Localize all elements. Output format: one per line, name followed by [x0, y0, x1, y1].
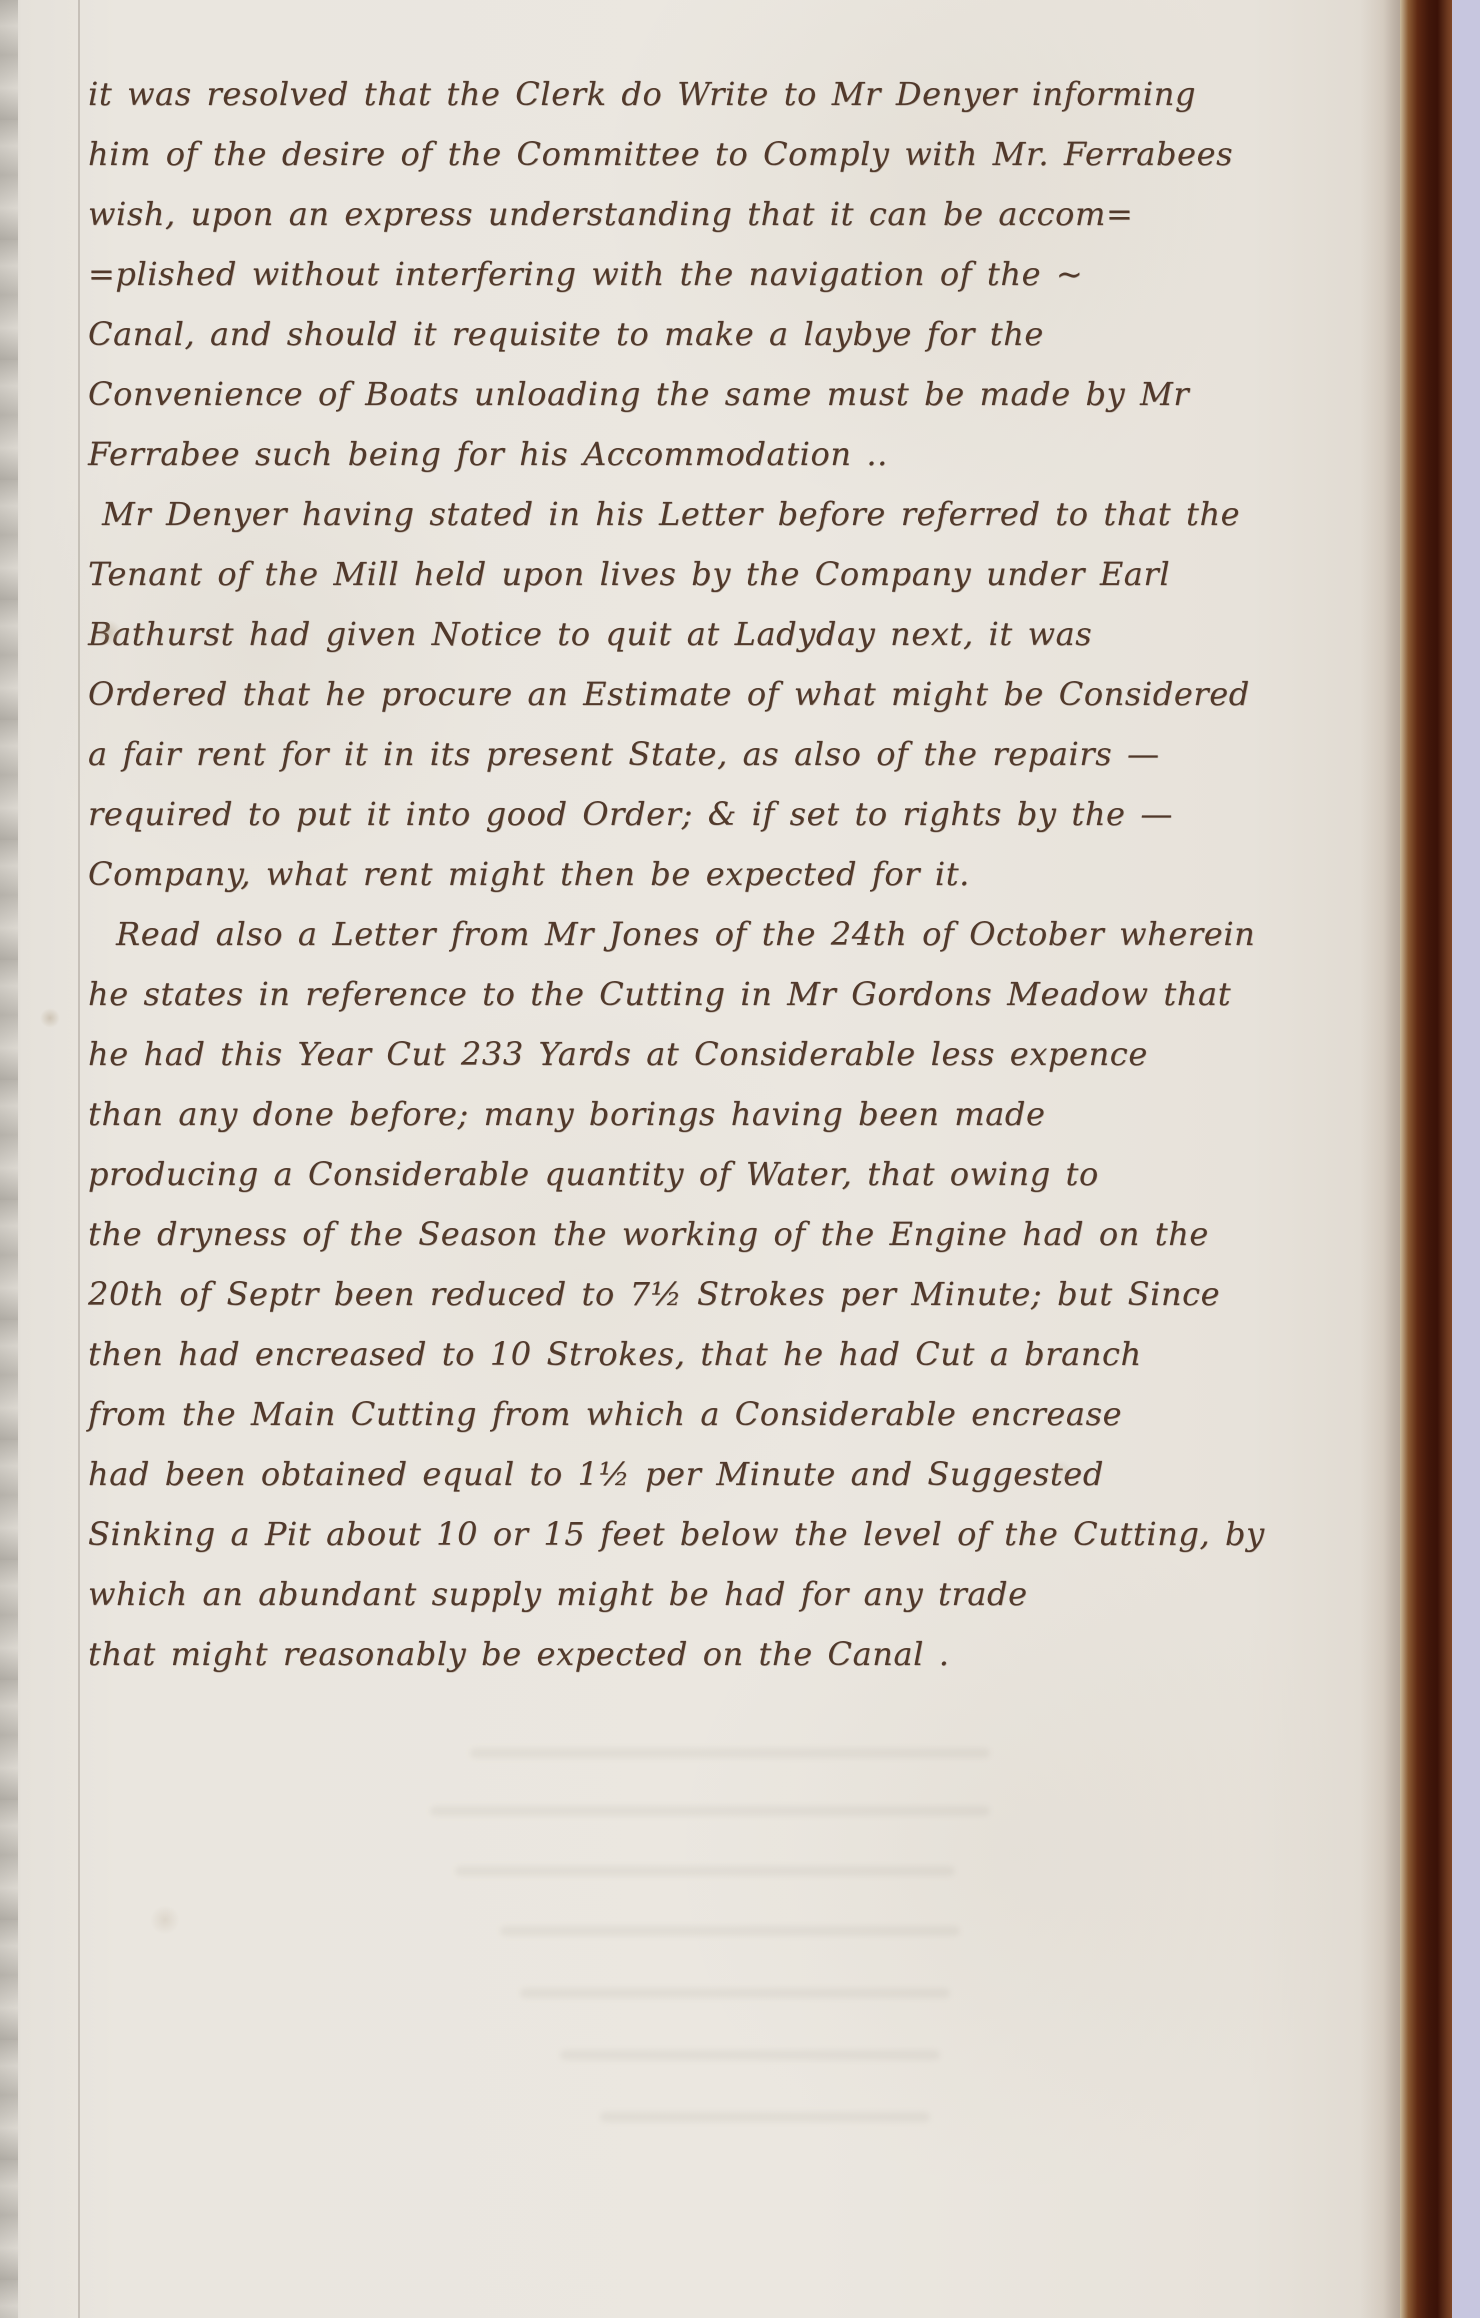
foxing-spot — [1050, 1460, 1072, 1482]
manuscript-line: Ordered that he procure an Estimate of w… — [88, 664, 1388, 724]
page-left-edge — [0, 0, 18, 2318]
manuscript-line: =plished without interfering with the na… — [88, 244, 1388, 304]
manuscript-line: Sinking a Pit about 10 or 15 feet below … — [88, 1504, 1388, 1564]
manuscript-line: wish, upon an express understanding that… — [88, 184, 1388, 244]
manuscript-line: Ferrabee such being for his Accommodatio… — [88, 424, 1388, 484]
manuscript-line: it was resolved that the Clerk do Write … — [88, 64, 1388, 124]
show-through-line — [455, 1866, 955, 1876]
manuscript-line: him of the desire of the Committee to Co… — [88, 124, 1388, 184]
manuscript-line: the dryness of the Season the working of… — [88, 1204, 1388, 1264]
manuscript-line: Bathurst had given Notice to quit at Lad… — [88, 604, 1388, 664]
show-through-line — [430, 1806, 990, 1816]
manuscript-line: than any done before; many borings havin… — [88, 1084, 1388, 1144]
show-through-line — [500, 1926, 960, 1936]
book-spine — [1400, 0, 1452, 2318]
foxing-spot — [150, 1905, 180, 1935]
manuscript-line: Company, what rent might then be expecte… — [88, 844, 1388, 904]
manuscript-line: he had this Year Cut 233 Yards at Consid… — [88, 1024, 1388, 1084]
manuscript-line: Canal, and should it requisite to make a… — [88, 304, 1388, 364]
manuscript-line: Tenant of the Mill held upon lives by th… — [88, 544, 1388, 604]
margin-rule-line — [78, 0, 80, 2318]
foxing-spot — [96, 620, 122, 646]
manuscript-line: that might reasonably be expected on the… — [88, 1624, 1388, 1684]
show-through-line — [600, 2112, 930, 2122]
foxing-spot — [40, 1008, 60, 1028]
manuscript-line: Read also a Letter from Mr Jones of the … — [88, 904, 1388, 964]
manuscript-line: a fair rent for it in its present State,… — [88, 724, 1388, 784]
manuscript-page: it was resolved that the Clerk do Write … — [0, 0, 1452, 2318]
manuscript-line: which an abundant supply might be had fo… — [88, 1564, 1388, 1624]
show-through-line — [470, 1748, 990, 1758]
page-gutter-shadow — [1360, 0, 1402, 2318]
manuscript-line: had been obtained equal to 1½ per Minute… — [88, 1444, 1388, 1504]
show-through-line — [520, 1988, 950, 1998]
manuscript-line: producing a Considerable quantity of Wat… — [88, 1144, 1388, 1204]
manuscript-photo: it was resolved that the Clerk do Write … — [0, 0, 1480, 2318]
manuscript-line: he states in reference to the Cutting in… — [88, 964, 1388, 1024]
manuscript-line: from the Main Cutting from which a Consi… — [88, 1384, 1388, 1444]
show-through-line — [560, 2050, 940, 2060]
manuscript-line: required to put it into good Order; & if… — [88, 784, 1388, 844]
handwritten-text-block: it was resolved that the Clerk do Write … — [88, 64, 1388, 1684]
manuscript-line: 20th of Septr been reduced to 7½ Strokes… — [88, 1264, 1388, 1324]
manuscript-line: then had encreased to 10 Strokes, that h… — [88, 1324, 1388, 1384]
manuscript-line: Mr Denyer having stated in his Letter be… — [88, 484, 1388, 544]
manuscript-line: Convenience of Boats unloading the same … — [88, 364, 1388, 424]
